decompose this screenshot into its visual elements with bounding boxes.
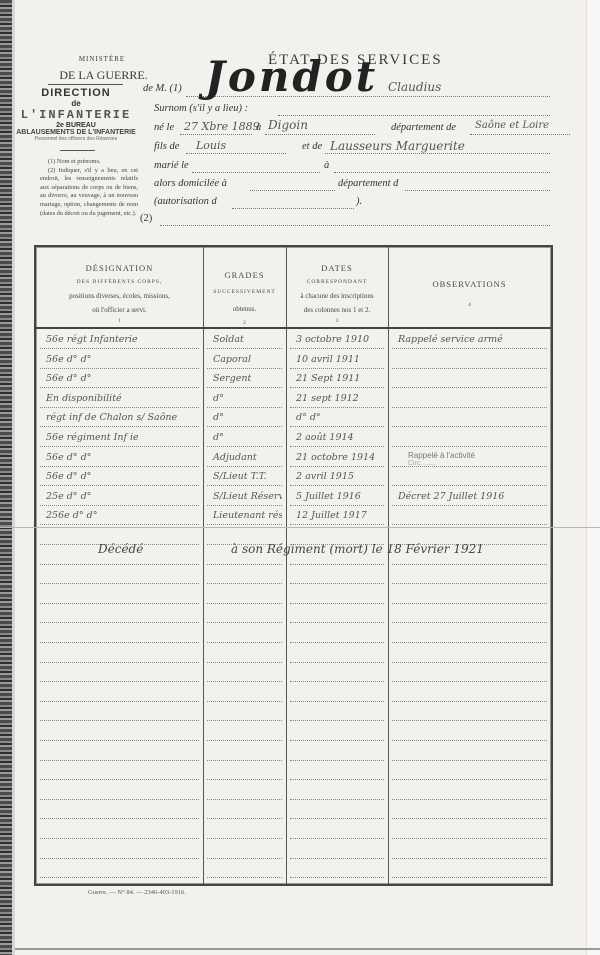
- empty-row-line: [392, 566, 547, 584]
- empty-row-line: [207, 566, 282, 584]
- table-cell-corps: 56e d° d°: [40, 351, 199, 369]
- table-cell-date: d° d°: [290, 409, 384, 427]
- footnote-1: (1) Nom et prénoms.: [40, 158, 138, 167]
- table-cell-obs: Rappelé service armé: [392, 331, 547, 349]
- header-grades-sub-1: SUCCESSIVEMENT: [203, 285, 286, 299]
- birth-date-line: [180, 133, 252, 135]
- death-label: Décédé: [98, 542, 143, 556]
- birth-departement-line: [470, 133, 570, 135]
- page-right-edge: [586, 0, 600, 955]
- empty-row-line: [207, 586, 282, 604]
- stamp-line-3: L'INFANTERIE: [6, 108, 146, 122]
- father-value: Louis: [196, 139, 226, 152]
- marriage-place-line: [334, 171, 550, 173]
- table-cell-date: 3 octobre 1910: [290, 331, 384, 349]
- note2-label: (2): [140, 213, 152, 224]
- empty-row-line: [40, 605, 199, 623]
- column-divider-1: [203, 247, 204, 884]
- table-cell-corps: régt inf de Chalon s/ Saône: [40, 409, 199, 427]
- stamp-line-1: DIRECTION: [6, 87, 146, 99]
- note2-line: [160, 224, 550, 226]
- table-cell-corps: 25e d° d°: [40, 488, 199, 506]
- domicilie-label: alors domicilée à: [154, 178, 227, 189]
- header-observations: OBSERVATIONS 4: [388, 277, 551, 321]
- table-cell-corps: En disponibilité: [40, 390, 199, 408]
- empty-row-line: [207, 605, 282, 623]
- observation-stamp: Rappelé à l'activité Circ. ......: [408, 451, 475, 467]
- table-cell-obs: [392, 507, 547, 525]
- birth-departement-label: département de: [391, 122, 456, 133]
- column-divider-2: [286, 247, 287, 884]
- empty-row-line: [207, 860, 282, 878]
- empty-row-line: [207, 723, 282, 741]
- birth-date-value: 27 Xbre 1889: [184, 120, 260, 133]
- et-de-label: et de: [302, 141, 322, 152]
- printer-reference: Guerre. — N° 84. — 2346-403-1916.: [88, 889, 186, 896]
- letterhead-rule: [48, 84, 123, 85]
- table-cell-obs: Décret 27 Juillet 1916: [392, 488, 547, 506]
- empty-row-line: [40, 723, 199, 741]
- empty-row-line: [392, 801, 547, 819]
- page-fold: [0, 527, 600, 528]
- empty-row-line: [392, 703, 547, 721]
- header-grades-title: GRADES: [203, 265, 286, 285]
- empty-row-line: [392, 723, 547, 741]
- services-table: DÉSIGNATION DES DIFFÉRENTS CORPS, positi…: [34, 245, 553, 886]
- empty-row-line: [207, 841, 282, 859]
- empty-row-line: [392, 762, 547, 780]
- empty-row-line: [392, 586, 547, 604]
- table-cell-grade: Caporal: [207, 351, 282, 369]
- autorisation-line: [232, 207, 354, 209]
- empty-row-line: [40, 586, 199, 604]
- empty-row-line: [40, 703, 199, 721]
- ne-le-label: né le: [154, 122, 174, 133]
- table-cell-grade: S/Lieut Réserve T.D.: [207, 488, 282, 506]
- domicile-line: [250, 189, 335, 191]
- birth-departement-value: Saône et Loire: [475, 120, 549, 131]
- empty-row-line: [290, 821, 384, 839]
- empty-row-line: [40, 566, 199, 584]
- marie-le-label: marié le: [154, 160, 189, 171]
- empty-row-line: [392, 860, 547, 878]
- surnom-line: [278, 114, 550, 116]
- page-bottom-edge: [15, 948, 600, 950]
- empty-row-line: [40, 801, 199, 819]
- empty-row-line: [392, 664, 547, 682]
- empty-row-line: [392, 605, 547, 623]
- empty-row-line: [207, 703, 282, 721]
- domicile-departement-line: [405, 189, 550, 191]
- empty-row-line: [207, 684, 282, 702]
- empty-row-line: [290, 860, 384, 878]
- birth-place-label: à: [256, 122, 261, 133]
- table-cell-grade: d°: [207, 429, 282, 447]
- empty-row-line: [40, 645, 199, 663]
- empty-row-line: [290, 782, 384, 800]
- table-cell-grade: Lieutenant réserve T.D.: [207, 507, 282, 525]
- empty-row-line: [290, 586, 384, 604]
- table-cell-grade: Adjudant: [207, 449, 282, 467]
- stamp-line-5: ABLAUSEMENTS DE L'INFANTERIE: [6, 129, 146, 136]
- table-cell-obs: [392, 468, 547, 486]
- table-cell-date: 21 Sept 1911: [290, 370, 384, 388]
- footnotes: (1) Nom et prénoms. (2) Indiquer, s'il y…: [40, 158, 138, 218]
- empty-row-line: [40, 664, 199, 682]
- table-cell-date: 5 Juillet 1916: [290, 488, 384, 506]
- empty-row-line: [207, 801, 282, 819]
- table-cell-obs: [392, 370, 547, 388]
- header-grades-sub-2: obtenus.: [203, 299, 286, 319]
- empty-row-line: [392, 625, 547, 643]
- footnote-2: (2) Indiquer, s'il y a lieu, en cet endr…: [40, 167, 138, 219]
- binding-shadow: [12, 0, 15, 955]
- empty-row-line: [290, 605, 384, 623]
- empty-row-line: [207, 645, 282, 663]
- empty-row-line: [290, 664, 384, 682]
- table-cell-corps: 56e d° d°: [40, 468, 199, 486]
- table-cell-grade: d°: [207, 390, 282, 408]
- header-grades-num: 2: [203, 319, 286, 329]
- ministry-label: MINISTÈRE: [72, 55, 132, 63]
- father-line: [186, 152, 286, 154]
- empty-row-line: [40, 743, 199, 761]
- empty-row-line: [290, 841, 384, 859]
- ministry-name: DE LA GUERRE.: [36, 68, 171, 83]
- header-designation-sub-2: positions diverses, écoles, missions,: [36, 289, 203, 303]
- table-cell-grade: Sergent: [207, 370, 282, 388]
- empty-row-line: [290, 762, 384, 780]
- table-cell-date: 21 sept 1912: [290, 390, 384, 408]
- table-cell-obs: [392, 390, 547, 408]
- surname-value: Jondot: [205, 52, 378, 101]
- fils-de-label: fils de: [154, 141, 179, 152]
- table-cell-obs: [392, 409, 547, 427]
- marriage-place-label: à: [324, 160, 329, 171]
- empty-row-line: [290, 723, 384, 741]
- table-cell-obs: [392, 429, 547, 447]
- empty-row-line: [290, 684, 384, 702]
- empty-row-line: [392, 743, 547, 761]
- empty-row-line: [392, 782, 547, 800]
- stamp-line-6: Personnel des officiers des Réserves: [6, 136, 146, 142]
- marriage-date-line: [192, 171, 320, 173]
- empty-row-line: [290, 625, 384, 643]
- empty-row-line: [40, 821, 199, 839]
- header-designation-num: 1: [36, 317, 203, 327]
- mother-value: Lausseurs Marguerite: [330, 139, 465, 153]
- surnom-label: Surnom (s'il y a lieu) :: [154, 103, 248, 114]
- empty-row-line: [40, 684, 199, 702]
- empty-row-line: [207, 664, 282, 682]
- header-dates-sub-1: CORRESPONDANT: [286, 275, 388, 289]
- header-designation-sub-1: DES DIFFÉRENTS CORPS,: [36, 275, 203, 289]
- table-cell-obs: [392, 351, 547, 369]
- observation-stamp-line-2: Circ. ......: [408, 460, 475, 467]
- domicile-departement-label: département d: [338, 178, 398, 189]
- empty-row-line: [290, 645, 384, 663]
- death-text: à son Régiment (mort) le 18 Février 1921: [231, 542, 484, 556]
- table-cell-corps: 56e d° d°: [40, 370, 199, 388]
- empty-row-line: [290, 801, 384, 819]
- empty-row-line: [207, 782, 282, 800]
- header-grades: GRADES SUCCESSIVEMENT obtenus. 2: [203, 265, 286, 329]
- table-cell-corps: 56e d° d°: [40, 449, 199, 467]
- header-rule: [36, 327, 551, 329]
- first-names-value: Claudius: [388, 80, 441, 94]
- table-cell-date: 10 avril 1911: [290, 351, 384, 369]
- empty-row-line: [392, 684, 547, 702]
- header-dates-sub-2: à chacune des inscriptions: [286, 289, 388, 303]
- table-cell-date: 21 octobre 1914: [290, 449, 384, 467]
- header-observations-num: 4: [388, 291, 551, 321]
- birth-place-line: [265, 133, 375, 135]
- header-designation-sub-3: où l'officier a servi.: [36, 303, 203, 317]
- empty-row-line: [290, 743, 384, 761]
- de-m-label: de M. (1): [143, 83, 182, 94]
- birth-place-value: Digoin: [268, 118, 308, 132]
- empty-row-line: [40, 841, 199, 859]
- header-dates-sub-3: des colonnes nos 1 et 2.: [286, 303, 388, 317]
- table-cell-date: 12 Juillet 1917: [290, 507, 384, 525]
- table-cell-date: 2 août 1914: [290, 429, 384, 447]
- autorisation-end: ).: [356, 196, 362, 207]
- table-cell-grade: S/Lieut T.T.: [207, 468, 282, 486]
- autorisation-label: (autorisation d: [154, 196, 217, 207]
- header-designation-title: DÉSIGNATION: [36, 261, 203, 275]
- empty-row-line: [392, 645, 547, 663]
- empty-row-line: [40, 782, 199, 800]
- header-dates-num: 3: [286, 317, 388, 327]
- stamp-line-4: 2e BUREAU: [6, 122, 146, 129]
- empty-row-line: [40, 625, 199, 643]
- empty-row-line: [290, 566, 384, 584]
- direction-stamp: DIRECTION de L'INFANTERIE 2e BUREAU ABLA…: [6, 87, 146, 142]
- stamp-line-2: de: [6, 99, 146, 108]
- empty-row-line: [40, 762, 199, 780]
- notes-separator: [60, 150, 95, 151]
- empty-row-line: [290, 703, 384, 721]
- column-divider-3: [388, 247, 389, 884]
- table-cell-corps: 56e régt Infanterie: [40, 331, 199, 349]
- empty-row-line: [40, 860, 199, 878]
- empty-row-line: [207, 762, 282, 780]
- header-designation: DÉSIGNATION DES DIFFÉRENTS CORPS, positi…: [36, 261, 203, 327]
- empty-row-line: [207, 821, 282, 839]
- observation-stamp-line-1: Rappelé à l'activité: [408, 451, 475, 460]
- table-cell-grade: d°: [207, 409, 282, 427]
- table-cell-date: 2 avril 1915: [290, 468, 384, 486]
- table-cell-corps: 256e d° d°: [40, 507, 199, 525]
- table-cell-grade: Soldat: [207, 331, 282, 349]
- header-dates: DATES CORRESPONDANT à chacune des inscri…: [286, 261, 388, 327]
- header-dates-title: DATES: [286, 261, 388, 275]
- table-cell-corps: 56e régiment Inf ie: [40, 429, 199, 447]
- empty-row-line: [392, 841, 547, 859]
- header-observations-title: OBSERVATIONS: [388, 277, 551, 291]
- empty-row-line: [207, 625, 282, 643]
- empty-row-line: [392, 821, 547, 839]
- binding-edge: [0, 0, 12, 955]
- empty-row-line: [207, 743, 282, 761]
